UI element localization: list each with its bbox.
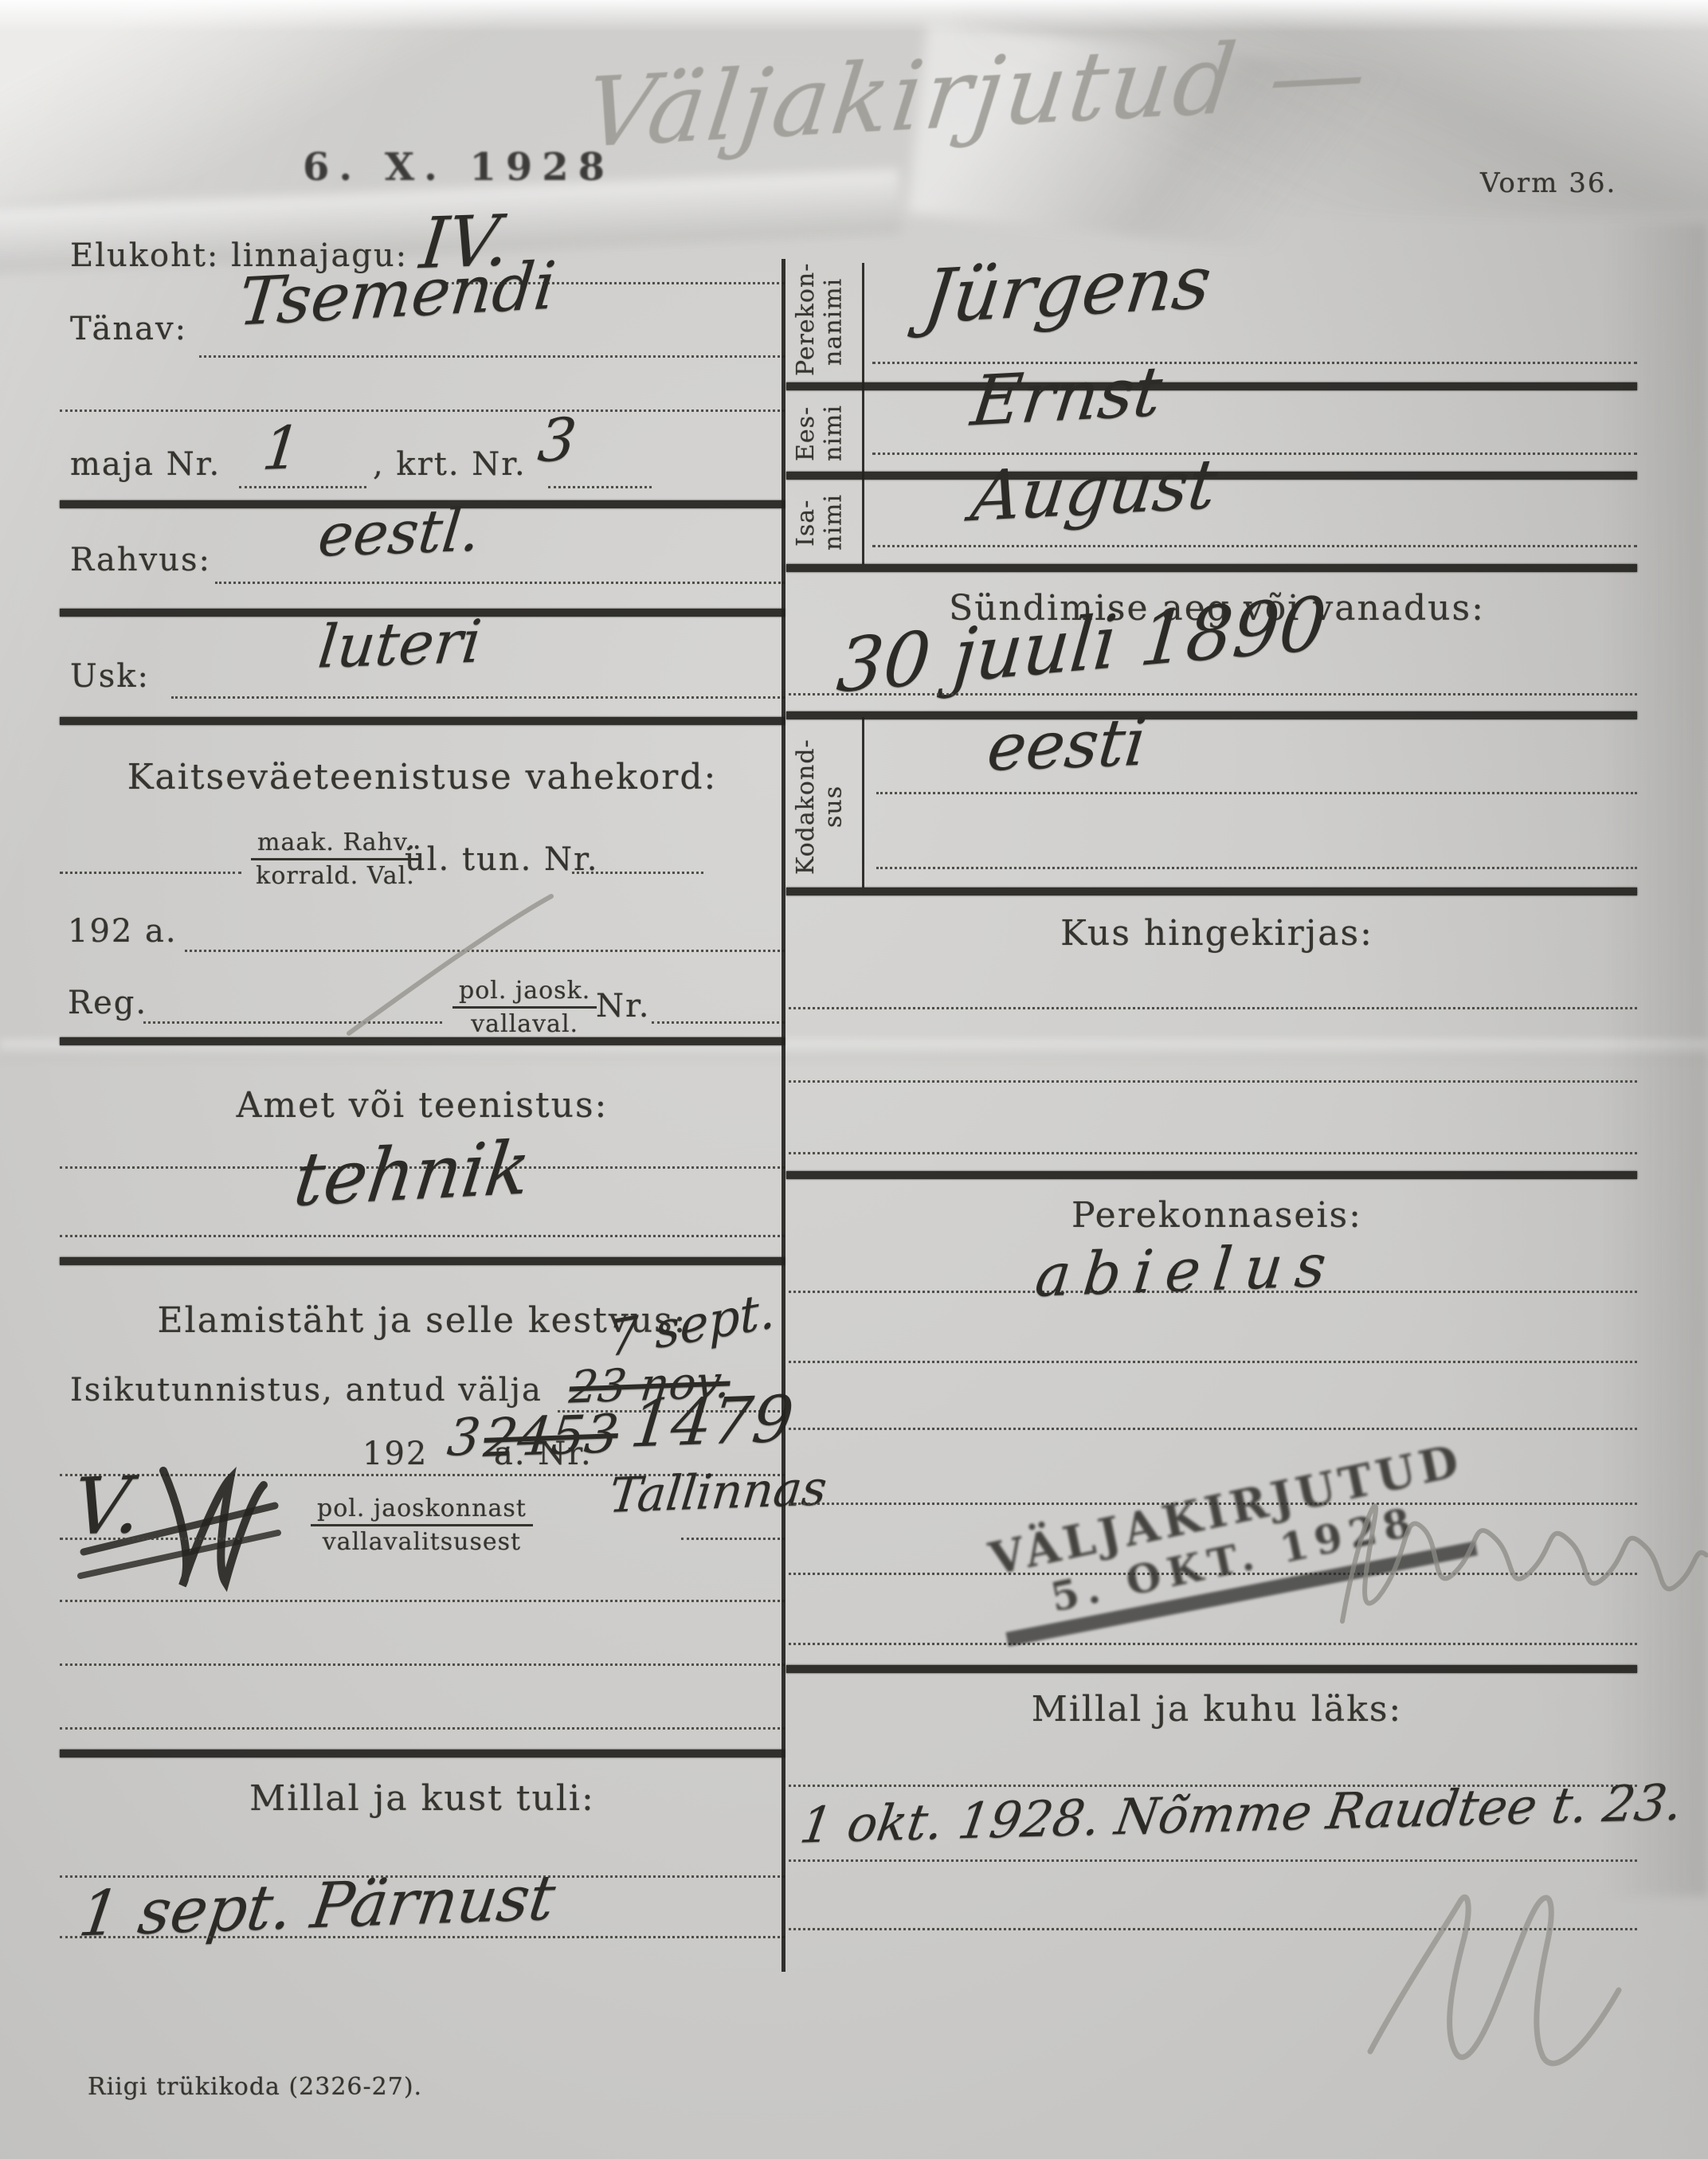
dotted-line xyxy=(876,867,1637,869)
dotted-line xyxy=(789,693,1637,696)
certificate-number-value: 1479 xyxy=(627,1381,797,1462)
dotted-line xyxy=(215,582,785,584)
house-number-label: maja Nr. xyxy=(70,446,221,483)
dotted-line xyxy=(872,545,1637,547)
year-suffix: a. xyxy=(145,913,178,950)
section-rule xyxy=(60,1037,785,1045)
section-rule xyxy=(786,564,1637,572)
apartment-number-label: , krt. Nr. xyxy=(373,446,527,483)
dotted-line xyxy=(60,1727,785,1730)
issue-year-digit: 3 xyxy=(445,1408,484,1468)
marital-status-title: Perekonnaseis: xyxy=(797,1195,1637,1236)
dotted-line xyxy=(789,1080,1637,1083)
identity-card-label: Isikutunnistus, antud välja xyxy=(70,1372,543,1409)
nr-label: Nr. xyxy=(596,988,650,1025)
signature-scribble xyxy=(1299,1434,1708,1665)
arrival-title: Millal ja kust tuli: xyxy=(60,1778,785,1819)
dotted-line xyxy=(60,1538,251,1540)
dotted-line xyxy=(548,486,652,488)
pencil-annotation: Väljakirjutud — xyxy=(579,18,1375,170)
issuing-place-value: Tallinnas xyxy=(606,1460,829,1524)
dotted-line xyxy=(60,1663,785,1666)
fraction-bottom: vallavalitsusest xyxy=(311,1526,533,1556)
authority-fraction: maak. Rahv. korrald. Val. xyxy=(251,829,420,890)
pencil-flourish-scribble xyxy=(1322,1872,1673,2079)
ink-crossout-scribble xyxy=(131,1456,299,1604)
label-divider xyxy=(862,717,864,888)
religion-label: Usk: xyxy=(70,658,150,695)
dotted-line xyxy=(572,872,703,874)
dotted-line xyxy=(60,1235,785,1237)
section-rule xyxy=(60,717,785,725)
first-name-label: Ees- nimi xyxy=(793,390,848,476)
citizenship-label: Kodakond- sus xyxy=(793,737,848,876)
father-name-value: August xyxy=(967,445,1221,538)
surname-value: Jürgens xyxy=(919,239,1216,340)
dotted-line xyxy=(789,1859,1637,1862)
departure-title: Millal ja kuhu läks: xyxy=(797,1689,1637,1730)
issue-date-corrected: 7 sept. xyxy=(607,1280,775,1368)
section-rule xyxy=(786,1171,1637,1179)
dotted-line xyxy=(789,1007,1637,1009)
dotted-line xyxy=(60,1936,785,1938)
form-number: Vorm 36. xyxy=(1480,167,1616,199)
surname-label: Perekon- nanimi xyxy=(793,268,848,376)
printer-imprint: Riigi trükikoda (2326-27). xyxy=(88,2073,422,2101)
house-number-value: 1 xyxy=(259,413,304,484)
police-district-fraction: pol. jaoskonnast vallavalitsusest xyxy=(311,1495,533,1556)
dotted-line xyxy=(199,355,785,358)
section-rule xyxy=(60,1750,785,1757)
dotted-line xyxy=(60,409,785,412)
father-name-label: Isa- nimi xyxy=(793,480,848,566)
section-rule xyxy=(60,1257,785,1265)
street-value: Tsemendi xyxy=(235,248,559,340)
street-label: Tänav: xyxy=(70,311,187,347)
dotted-line xyxy=(789,1152,1637,1154)
marital-status-value: abielus xyxy=(1032,1231,1342,1311)
military-service-title: Kaitseväeteenistuse vahekord: xyxy=(60,757,785,797)
registration-form-document: 6. X. 1928 Väljakirjutud — Vorm 36. Eluk… xyxy=(0,0,1708,2159)
certificate-number-label: ül. tun. Nr. xyxy=(405,841,598,878)
pencil-slash-scribble xyxy=(335,888,566,1044)
dotted-line xyxy=(652,1021,785,1024)
nationality-label: Rahvus: xyxy=(70,542,211,578)
citizenship-value: eesti xyxy=(984,704,1150,786)
dotted-line xyxy=(171,696,785,699)
fraction-top: pol. jaoskonnast xyxy=(311,1495,533,1526)
paper-crease xyxy=(0,0,1708,32)
year-prefix: 192 xyxy=(68,913,133,950)
occupation-title: Amet või teenistus: xyxy=(60,1085,785,1126)
dotted-line xyxy=(239,486,366,488)
dotted-line xyxy=(789,1361,1637,1363)
section-rule xyxy=(786,1665,1637,1673)
fraction-bottom: korrald. Val. xyxy=(251,860,420,890)
apartment-number-value: 3 xyxy=(535,406,579,476)
date-stamp: 6. X. 1928 xyxy=(303,145,614,190)
dotted-line xyxy=(789,1428,1637,1430)
first-name-value: Ernst xyxy=(967,351,1166,441)
issue-year-prefix: 192 xyxy=(362,1436,428,1472)
reg-label: Reg. xyxy=(68,985,147,1021)
dotted-line xyxy=(60,1600,785,1602)
parish-register-title: Kus hingekirjas: xyxy=(797,913,1637,954)
section-rule xyxy=(786,711,1637,719)
section-rule xyxy=(786,888,1637,895)
nationality-value: eestl. xyxy=(315,496,484,570)
dotted-line xyxy=(872,453,1637,455)
column-divider xyxy=(782,259,785,1972)
dotted-line xyxy=(876,792,1637,794)
certificate-number-crossed: 2453 xyxy=(481,1403,621,1469)
section-rule xyxy=(786,382,1637,390)
label-divider xyxy=(862,263,864,564)
religion-value: luteri xyxy=(315,607,485,681)
dotted-line xyxy=(60,872,241,874)
occupation-value: tehnik xyxy=(290,1125,535,1223)
fraction-top: maak. Rahv. xyxy=(251,829,420,860)
dotted-line xyxy=(681,1538,785,1540)
